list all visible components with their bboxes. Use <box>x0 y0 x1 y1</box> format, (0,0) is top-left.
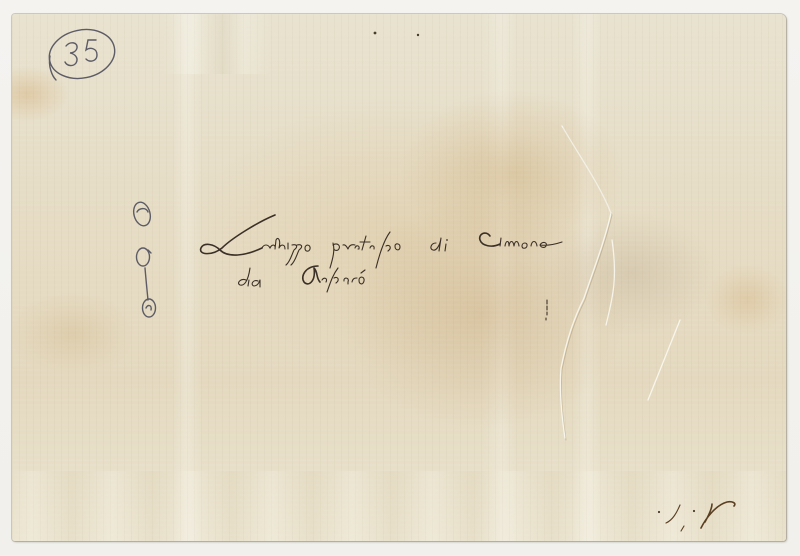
handwriting-layer <box>0 0 800 556</box>
corner-ink-mark <box>658 502 735 531</box>
margin-circle-marks <box>131 200 155 317</box>
inventory-number-circled <box>45 24 120 85</box>
inscription-line-2 <box>239 266 365 292</box>
scan-background: 35 Schizzo preteso di Simone da Pesaro S… <box>0 0 800 556</box>
inscription-line-1 <box>201 215 562 268</box>
ink-specks <box>374 32 547 320</box>
paper-crease <box>560 126 680 440</box>
